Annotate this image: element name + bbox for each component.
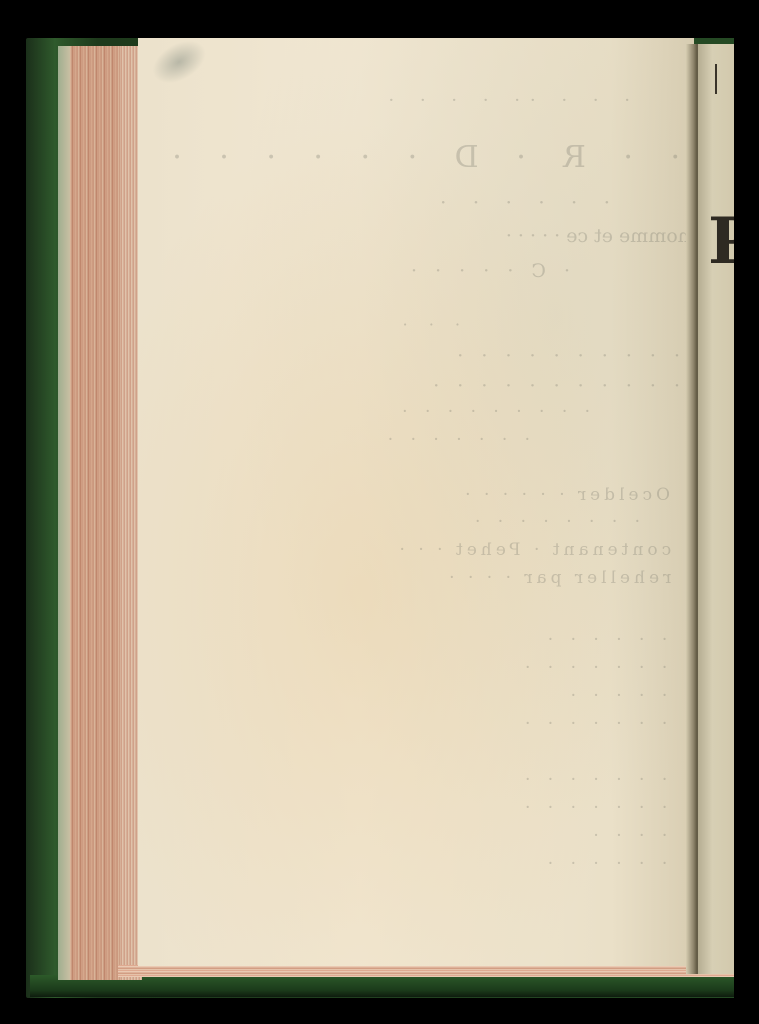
show-through-line: · · R · D · · · · · · [158,140,680,175]
show-through-line: · · · · · · · · · · · [427,375,680,397]
book-scan: · · · ·· · · · · · · R · D · · · · · · ·… [0,0,759,1024]
page-fore-edge-stack [58,46,142,980]
show-through-line: · · · · · · · · [519,658,690,678]
recto-initial-letter: P [708,210,734,274]
show-through-line: · · · ·· · · · · [378,90,630,111]
show-through-line: · reheller par · · · · [445,568,690,588]
show-through-line: · · · · · · [430,190,610,214]
recto-ink-mark [715,64,717,94]
show-through-line: Ocelder · · · · · · [461,485,670,505]
show-through-line: · · · · · · · [542,630,690,650]
show-through-line: · contenant · Pehet · · · [396,540,690,560]
show-through-line: · · · · · · · · [469,512,640,532]
show-through-line: · · · · · · · · [519,714,690,734]
show-through-line: · · · · · · · [382,430,530,450]
recto-page [698,44,734,974]
show-through-line: · · · · · · · [542,854,690,874]
show-through-line: · · · · · [587,826,690,846]
scan-border-right [734,0,759,1024]
show-through-line: · · · · · · [565,686,690,706]
show-through-line: · C · · · · · [405,260,570,282]
show-through-line: · · · · · · · · · · [451,345,680,367]
show-through-line: · · · · · · · · · [396,402,590,422]
show-through-line: · · · [395,315,460,334]
show-through-line: nomme et ce · · · · · [506,225,690,247]
show-through-line: · · · · · · · · [519,770,690,790]
show-through-line: · · · · · · · · [519,798,690,818]
page-bottom-edge [118,965,734,977]
show-through-text: · · · ·· · · · · · · R · D · · · · · · ·… [160,80,690,900]
